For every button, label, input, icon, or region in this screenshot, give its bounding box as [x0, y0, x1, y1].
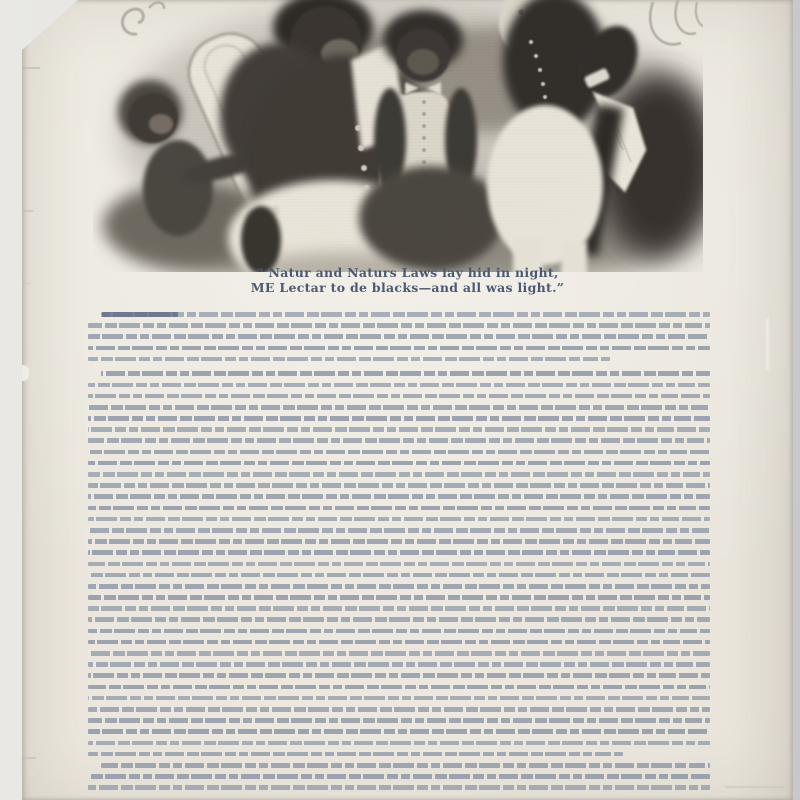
letterpress-body	[88, 312, 710, 796]
text-line	[101, 371, 710, 376]
text-line	[88, 461, 710, 466]
text-line	[88, 394, 710, 399]
text-line	[88, 383, 710, 388]
text-line	[88, 606, 710, 611]
left-edge-tear	[22, 283, 31, 284]
paragraph-negatib-traction	[88, 763, 710, 790]
text-line	[88, 707, 710, 712]
text-line	[88, 584, 710, 589]
text-line	[88, 472, 710, 477]
text-line	[88, 640, 710, 645]
title-flourish-right	[650, 0, 703, 44]
text-line	[88, 550, 710, 555]
text-line	[88, 662, 710, 667]
right-fold-mark	[766, 318, 769, 370]
text-line	[88, 629, 710, 634]
text-line	[88, 427, 710, 432]
text-line	[88, 651, 710, 656]
text-line	[88, 595, 710, 600]
text-line	[88, 741, 710, 746]
left-edge-notch	[22, 365, 29, 381]
paragraph-lead-smallcaps	[102, 312, 178, 317]
caption-couplet: “ Natur and Naturs Laws lay hid in night…	[22, 266, 793, 295]
text-line	[88, 494, 710, 499]
bottom-right-crease	[725, 786, 785, 788]
text-line	[88, 334, 710, 339]
text-line	[88, 696, 710, 701]
text-line	[88, 617, 710, 622]
left-edge-tear	[22, 67, 40, 69]
text-line	[101, 763, 710, 768]
left-edge-tear	[22, 210, 34, 212]
text-line	[88, 539, 710, 544]
text-line	[88, 573, 710, 578]
text-line	[88, 450, 710, 455]
figure-standing-dandy	[487, 0, 703, 272]
paragraph-opening-address	[88, 312, 710, 361]
left-edge-tear	[22, 757, 36, 759]
text-line	[88, 416, 710, 421]
text-line	[101, 312, 710, 317]
paragraph-mesmerism-lecture	[88, 371, 710, 756]
text-line	[88, 357, 610, 362]
text-line	[88, 562, 710, 567]
text-line	[88, 405, 710, 410]
text-line	[88, 517, 710, 522]
text-line	[88, 323, 710, 328]
lithograph-vignette	[93, 0, 703, 272]
text-line	[88, 346, 710, 351]
text-line	[88, 438, 710, 443]
text-line	[88, 483, 710, 488]
caption-line-1: “ Natur and Naturs Laws lay hid in night…	[22, 266, 793, 281]
broadside-paper-sheet: “ Natur and Naturs Laws lay hid in night…	[22, 0, 793, 800]
text-line	[88, 785, 710, 790]
text-line	[88, 506, 710, 511]
title-flourish-left	[122, 2, 164, 34]
text-line	[88, 718, 710, 723]
text-line	[88, 673, 710, 678]
text-line	[88, 685, 710, 690]
text-line	[88, 729, 710, 734]
scanned-broadside-view: “ Natur and Naturs Laws lay hid in night…	[0, 0, 800, 800]
text-line	[88, 774, 710, 779]
caption-line-2: ME Lectar to de blacks—and all was light…	[22, 281, 793, 296]
text-line	[88, 528, 710, 533]
text-line	[88, 752, 623, 757]
